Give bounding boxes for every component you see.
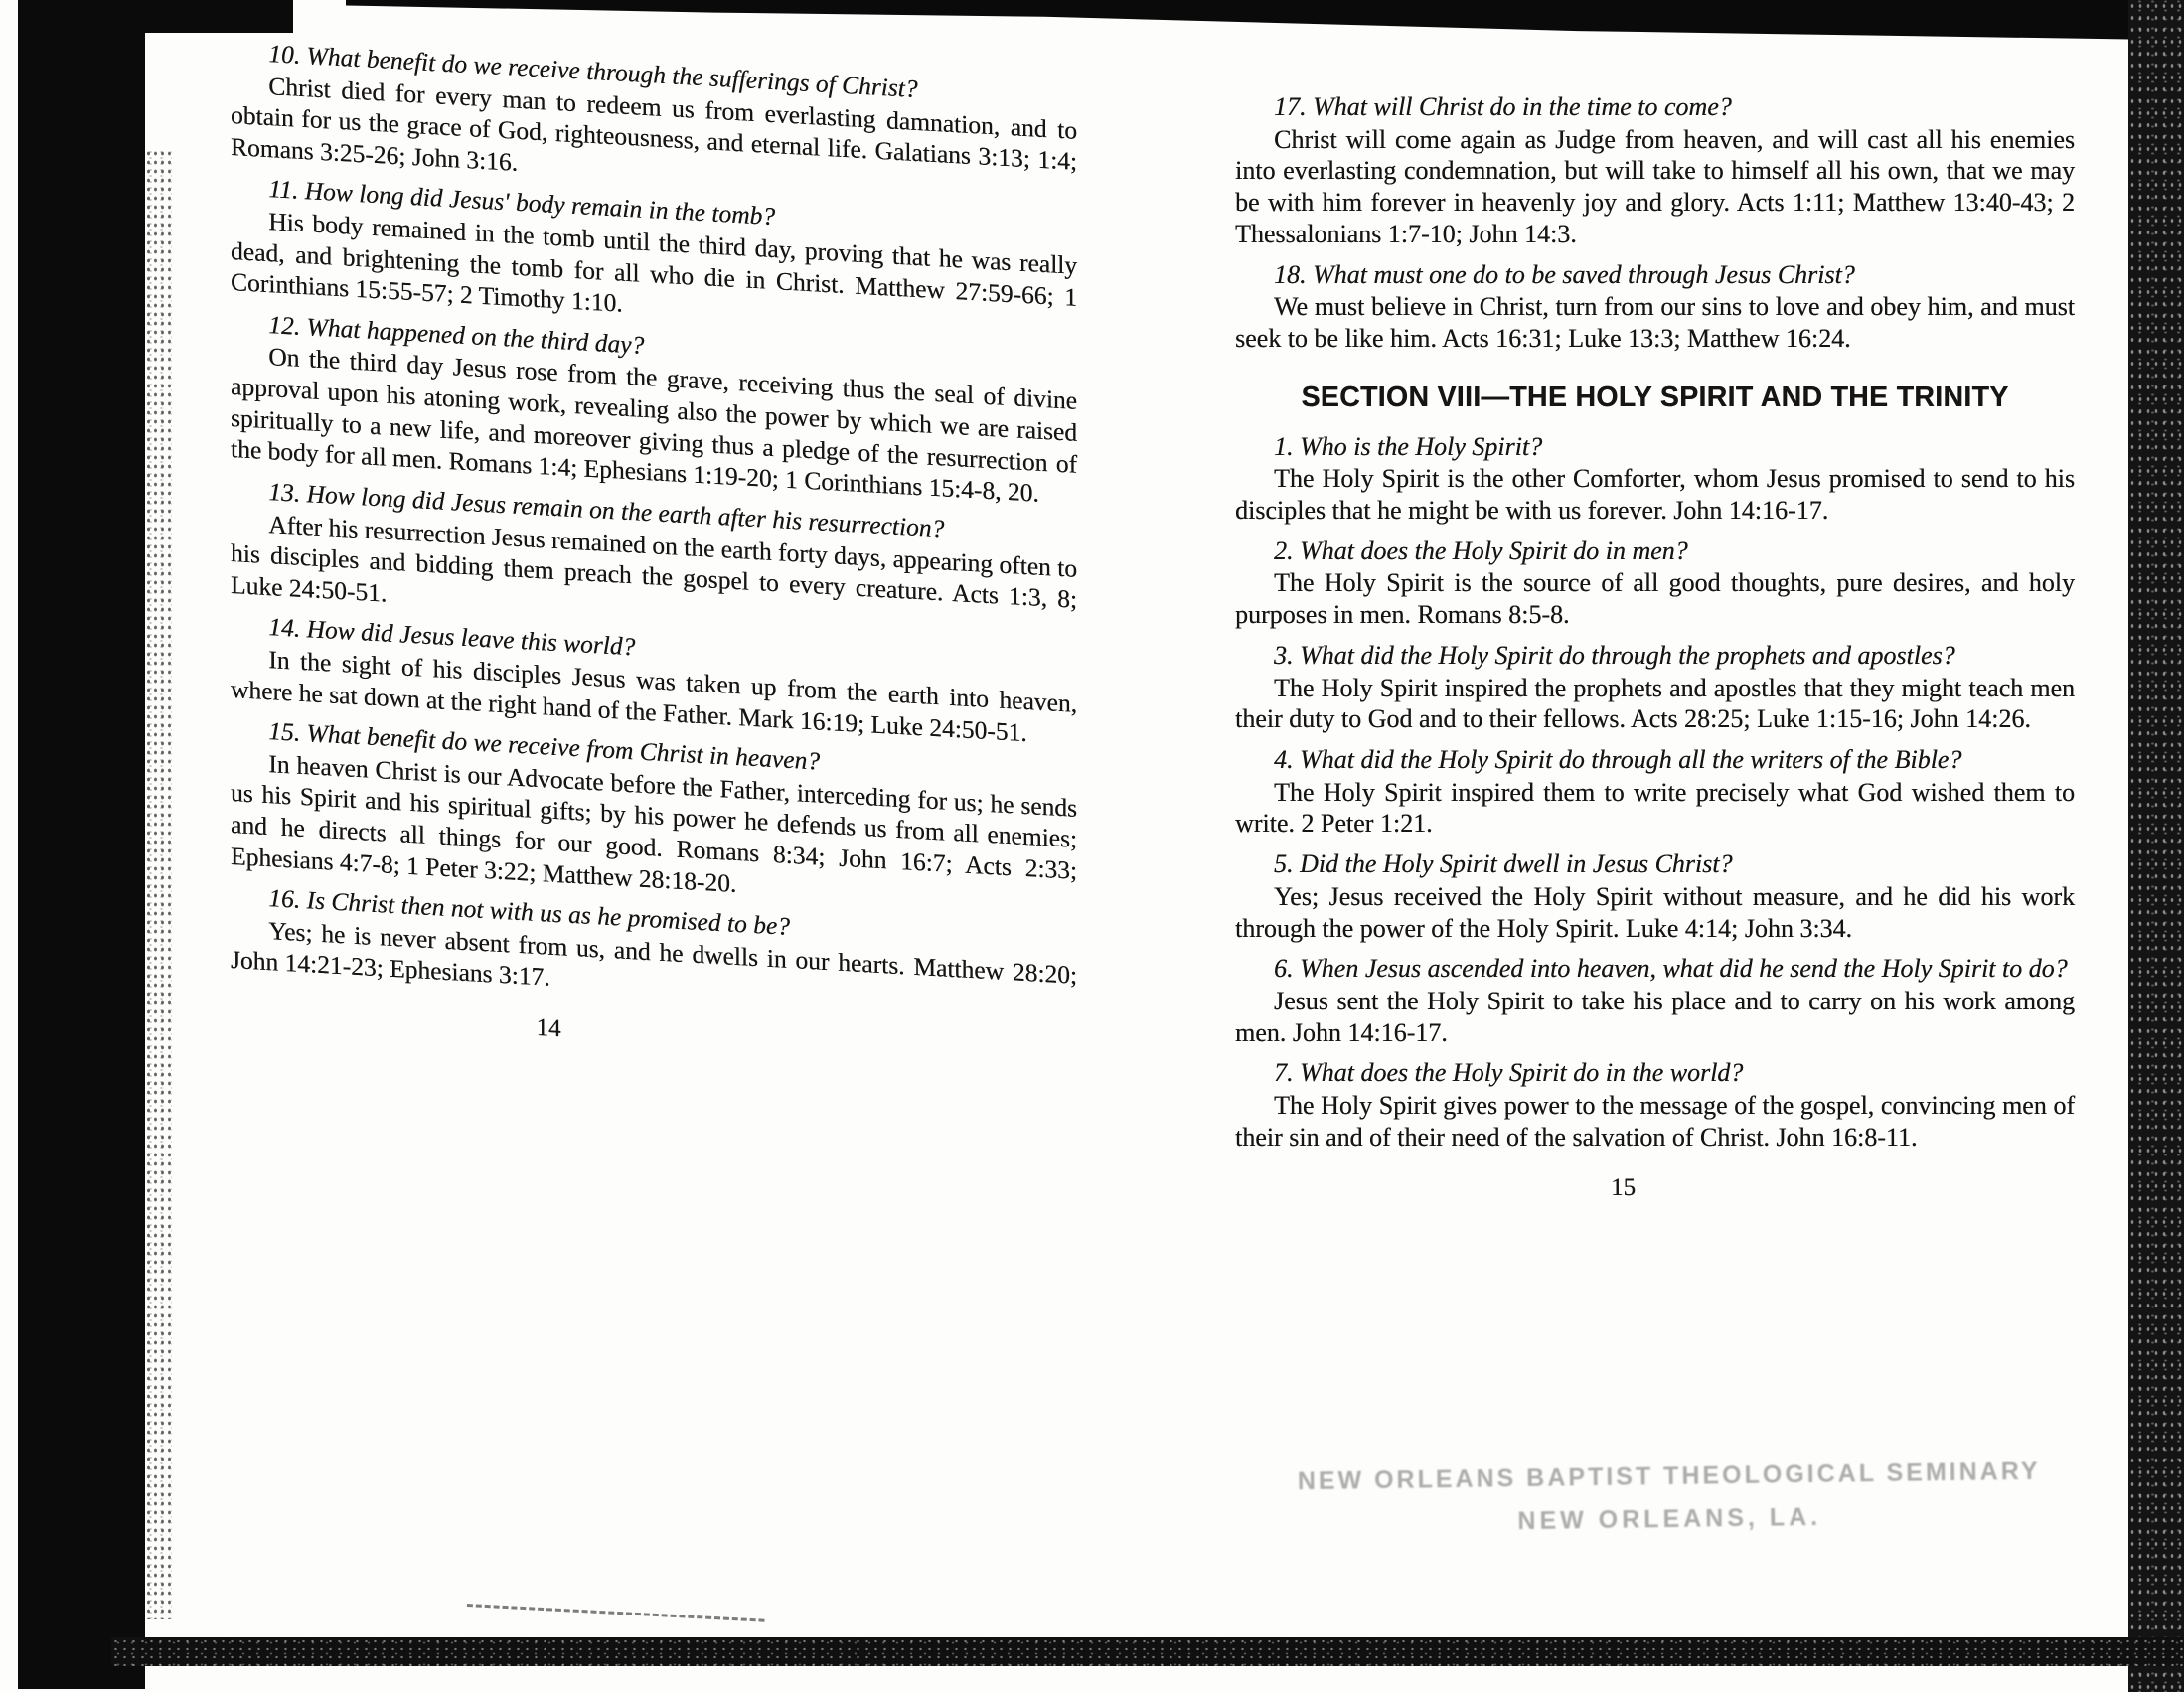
left-scanner-edge-top [18,0,293,33]
left-edge-fringe [145,149,172,1619]
answer-text: Jesus sent the Holy Spirit to take his p… [1235,986,2075,1048]
question-text: 18. What must one do to be saved through… [1235,259,2075,291]
pencil-dash-mark [467,1604,765,1622]
question-text: 4. What did the Holy Spirit do through a… [1235,744,2075,776]
scan-canvas: NEW ORLEANS BAPTIST THEOLOGICAL SEMINARY… [0,0,2184,1692]
answer-text: We must believe in Christ, turn from our… [1235,291,2075,354]
stamp-line-2: NEW ORLEANS, LA. [1272,1499,2067,1539]
question-text: 1. Who is the Holy Spirit? [1235,431,2075,463]
question-text: 2. What does the Holy Spirit do in men? [1235,536,2075,567]
answer-text: The Holy Spirit inspired the prophets an… [1235,673,2075,735]
question-text: 5. Did the Holy Spirit dwell in Jesus Ch… [1235,848,2075,880]
page-number-right: 15 [1203,1173,2043,1204]
answer-text: The Holy Spirit is the source of all goo… [1235,567,2075,630]
qa-item: 3. What did the Holy Spirit do through t… [1235,640,2075,735]
library-stamp: NEW ORLEANS BAPTIST THEOLOGICAL SEMINARY… [1272,1457,2068,1539]
stamp-line-1: NEW ORLEANS BAPTIST THEOLOGICAL SEMINARY [1272,1457,2067,1496]
question-text: 6. When Jesus ascended into heaven, what… [1235,953,2075,985]
right-page: 17. What will Christ do in the time to c… [1235,91,2075,1228]
question-text: 7. What does the Holy Spirit do in the w… [1235,1057,2075,1089]
answer-text: The Holy Spirit inspired them to write p… [1235,777,2075,840]
qa-item: 7. What does the Holy Spirit do in the w… [1235,1057,2075,1153]
qa-item: 18. What must one do to be saved through… [1235,259,2075,355]
question-text: 3. What did the Holy Spirit do through t… [1235,640,2075,672]
bottom-book-edge [111,1637,2184,1666]
qa-item: 4. What did the Holy Spirit do through a… [1235,744,2075,840]
qa-item: 5. Did the Holy Spirit dwell in Jesus Ch… [1235,848,2075,944]
top-scanner-edge [346,0,2184,42]
left-scanner-edge [18,0,145,1689]
qa-item: 17. What will Christ do in the time to c… [1235,91,2075,250]
answer-text: The Holy Spirit gives power to the messa… [1235,1090,2075,1153]
answer-text: The Holy Spirit is the other Comforter, … [1235,463,2075,526]
left-page: 10. What benefit do we receive through t… [231,36,1077,1098]
qa-item: 2. What does the Holy Spirit do in men? … [1235,536,2075,631]
question-text: 17. What will Christ do in the time to c… [1235,91,2075,123]
qa-item: 6. When Jesus ascended into heaven, what… [1235,953,2075,1048]
section-heading: SECTION VIII—THE HOLY SPIRIT AND THE TRI… [1235,381,2075,415]
right-book-edge [2128,0,2184,1692]
answer-text: Christ will come again as Judge from hea… [1235,124,2075,250]
answer-text: Yes; Jesus received the Holy Spirit with… [1235,881,2075,944]
qa-item: 1. Who is the Holy Spirit? The Holy Spir… [1235,431,2075,527]
